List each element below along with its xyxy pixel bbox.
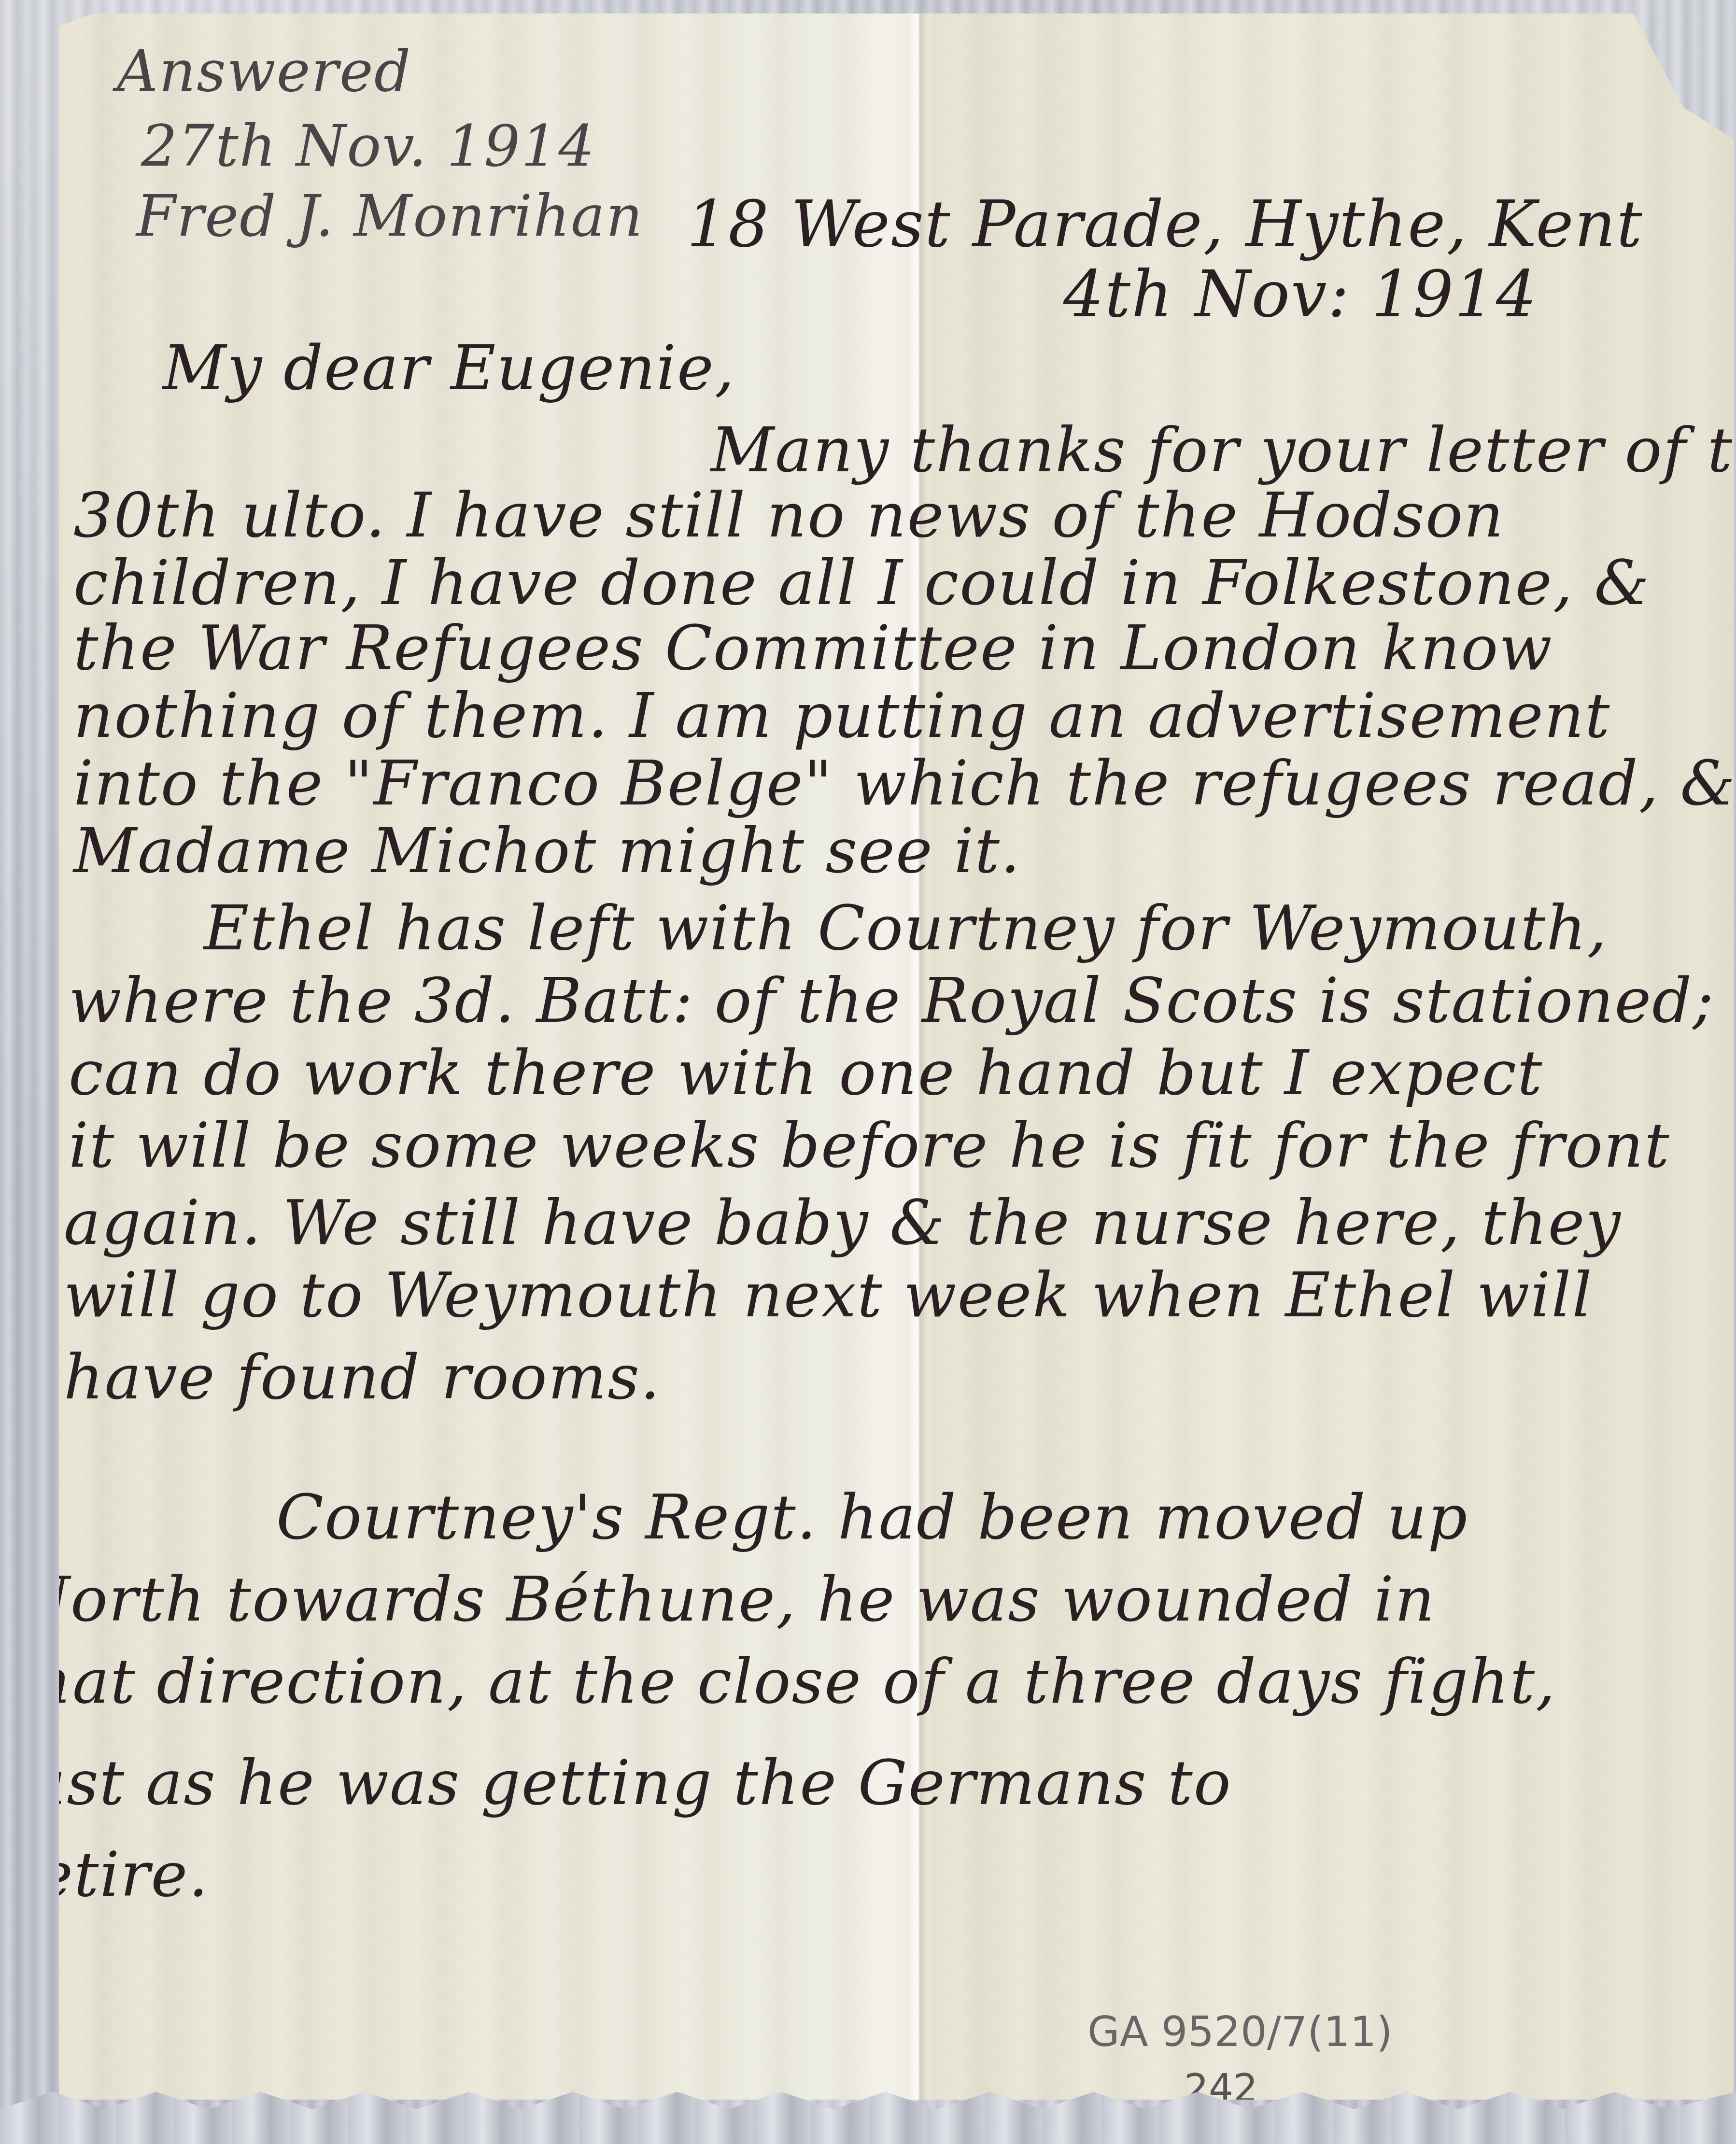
body-line: into the "Franco Belge" which the refuge… [73,748,1734,819]
answered-annotation: Answered [117,42,411,99]
body-line: Ethel has left with Courtney for Weymout… [204,892,1608,964]
body-line: it will be some weeks before he is fit f… [69,1110,1670,1182]
body-line: can do work there with one hand but I ex… [69,1037,1543,1109]
body-line: the War Refugees Committee in London kno… [73,612,1553,684]
answered-date: 27th Nov. 1914 [141,117,595,174]
body-line: that direction, at the close of a three … [59,1646,1556,1718]
body-line: have found rooms. [64,1341,661,1413]
body-line: North towards Béthune, he was wounded in [59,1564,1436,1636]
answered-by: Fred J. Monrihan [136,187,644,244]
sender-address: 18 West Parade, Hythe, Kent [687,187,1643,262]
body-line: 30th ulto. I have still no news of the H… [73,480,1504,551]
body-line: Many thanks for your letter of the [711,414,1734,486]
body-line: where the 3d. Batt: of the Royal Scots i… [69,965,1734,1037]
body-line: again. We still have baby & the nurse he… [64,1187,1622,1259]
body-line: will go to Weymouth next week when Ethel… [64,1259,1593,1331]
body-line: nothing of them. I am putting an adverti… [73,680,1611,752]
archive-reference: GA 9520/7(11) [1087,2008,1393,2056]
letter-date: 4th Nov: 1914 [1063,257,1538,332]
letter-page: Answered 27th Nov. 1914 Fred J. Monrihan… [59,14,1734,2100]
body-line: children, I have done all I could in Fol… [73,547,1650,619]
body-line: Courtney's Regt. had been moved up [276,1481,1468,1553]
body-line: Madame Michot might see it. [73,815,1021,887]
body-line: just as he was getting the Germans to [59,1747,1232,1819]
salutation: My dear Eugenie, [163,332,735,404]
body-line: retire. [59,1839,209,1911]
